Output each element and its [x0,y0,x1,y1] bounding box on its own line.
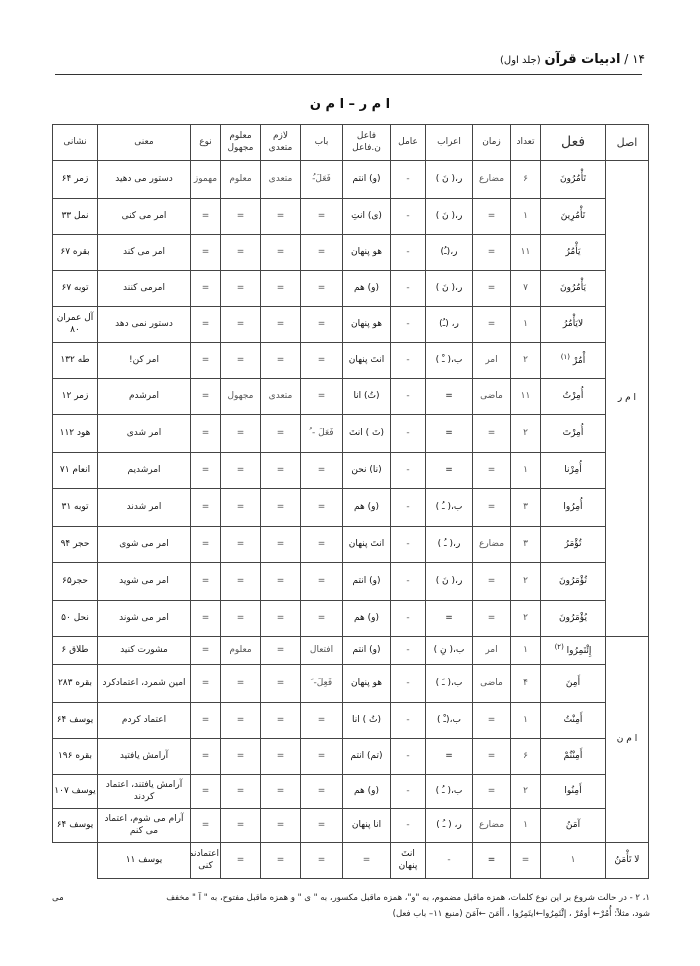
subject-cell: انتَ پنهان [391,843,426,879]
count-cell: ۲ [511,415,541,453]
col-tense: زمان [473,125,511,161]
irab-cell: = [426,415,473,453]
count-cell: ۱۱ [511,379,541,415]
type-cell: = [191,271,221,307]
transitivity-cell: = [261,601,301,637]
header-row: اصل فعل تعداد زمان اعراب عامل فاعل ن.فاع… [53,125,649,161]
col-type: نوع [191,125,221,161]
reference-cell: توبه ۶۷ [53,271,98,307]
tense-cell: = [473,271,511,307]
bab-cell: فَعِلَ- َ [301,665,343,703]
tense-cell: = [473,703,511,739]
table-row: لا تَأْمَنُ۱==-انتَ پنهان====اعتمادنمی ک… [53,843,649,879]
tense-cell: = [473,453,511,489]
table-row: أَمِنْتُ۱=ب،(ـْ )-(تُ ) انا====اعتماد کر… [53,703,649,739]
root-cell: ا م ر [606,161,649,637]
transitivity-cell: = [261,343,301,379]
section-title: ا م ر – ا م ن [0,97,700,112]
transitivity-cell: = [261,271,301,307]
meaning-cell: امر می شوید [98,563,191,601]
bab-cell: = [343,843,391,879]
meaning-cell: امر می کنی [98,199,191,235]
count-cell: ۱ [541,843,606,879]
meaning-cell: امر می شوند [98,601,191,637]
subject-cell: (و) هم [343,775,391,809]
meaning-cell: امرشدم [98,379,191,415]
irab-cell: ب،(ـْ ) [426,703,473,739]
amil-cell: - [391,271,426,307]
amil-cell: - [391,199,426,235]
verb-text: أَمِنْتُ [564,715,583,725]
bab-cell: = [301,703,343,739]
col-verb: فعل [541,125,606,161]
transitivity-cell: = [261,199,301,235]
footnote: ۱، ۲ - در حالت شروع بر این نوع کلمات، هم… [52,890,650,922]
tense-cell: = [473,563,511,601]
verb-text: أُمِرْتَ [563,428,584,438]
verb-text: أُمِرْتُ [563,391,584,401]
page-number: ۱۴ [632,52,645,66]
amil-cell: - [391,161,426,199]
meaning-cell: امرمی کنند [98,271,191,307]
voice-cell: = [261,843,301,879]
bab-cell: = [301,489,343,527]
type-cell: = [191,343,221,379]
tense-cell: = [473,415,511,453]
transitivity-cell: = [261,703,301,739]
col-voice: معلوم مجهول [221,125,261,161]
verb-text: أْمُرْ [573,356,585,366]
amil-cell: - [391,307,426,343]
verb-cell: أُمِرْنا [541,453,606,489]
footnote-marker: (۲) [555,643,564,651]
count-cell: ۱ [511,453,541,489]
amil-cell: - [426,843,473,879]
amil-cell: - [391,489,426,527]
transitivity-cell: متعدی [261,379,301,415]
irab-cell: ب،( ـُ ) [426,489,473,527]
transitivity-cell: = [261,775,301,809]
tense-cell: ماضی [473,379,511,415]
verb-cell: تُؤْمَرُونَ [541,563,606,601]
irab-cell: ر،( نَ ) [426,199,473,235]
table-row: يُؤْمَرُونَ۲==-(و) هم====امر می شوندنحل … [53,601,649,637]
meaning-cell: امر می شوی [98,527,191,563]
meaning-cell: آرامش یافتند، اعتماد کردند [98,775,191,809]
meaning-cell: مشورت کنید [98,637,191,665]
reference-cell: یوسف ۶۴ [53,703,98,739]
type-cell: = [191,563,221,601]
irab-cell: ر،(ـُ) [426,235,473,271]
subject-cell: (و) انتم [343,637,391,665]
transitivity-cell: = [261,739,301,775]
verb-cell: أْمُرْ (۱) [541,343,606,379]
col-amil: عامل [391,125,426,161]
table-row: يَأْمُرُونَ۷=ر،( نَ )-(و) هم====امرمی کن… [53,271,649,307]
type-cell: = [191,665,221,703]
count-cell: ۷ [511,271,541,307]
bab-cell: = [301,235,343,271]
verb-cell: أُمِرْتُ [541,379,606,415]
subject-cell: انا پنهان [343,809,391,843]
subject-cell: انتَ پنهان [343,527,391,563]
amil-cell: - [391,415,426,453]
verb-cell: تُؤْمَرُ [541,527,606,563]
reference-cell: طه ۱۳۲ [53,343,98,379]
type-cell: = [191,489,221,527]
count-cell: ۱ [511,703,541,739]
verb-cell: تَأْمُرُونَ [541,161,606,199]
count-cell: ۱ [511,199,541,235]
irab-cell: ب،( ـُ ) [426,775,473,809]
subject-cell: هو پنهان [343,235,391,271]
type-cell: = [191,637,221,665]
type-cell: = [191,415,221,453]
transitivity-cell: متعدی [261,161,301,199]
irab-cell: ر،( ـُ ) [426,527,473,563]
verb-text: أُمِرْنا [564,465,582,475]
amil-cell: - [391,739,426,775]
tense-cell: = [473,601,511,637]
type-cell: مهموز [191,161,221,199]
transitivity-cell: = [261,453,301,489]
table-row: آمَنُ۱مضارعر، ( ـُ )-انا پنهان====آرام م… [53,809,649,843]
table-row: أَمِنُوا۲=ب،( ـُ )-(و) هم====آرامش یافتن… [53,775,649,809]
meaning-cell: آرامش یافتید [98,739,191,775]
amil-cell: - [391,343,426,379]
transitivity-cell: = [261,563,301,601]
table-row: أُمِرْنا۱==-(نا) نحن====امرشدیمانعام ۷۱ [53,453,649,489]
footnote-line-2: شود، مثلاً: أُمُرْ← أومُرْ ، إئْتَمِرُوا… [52,906,650,922]
bab-cell: افتعال [301,637,343,665]
reference-cell: توبه ۳۱ [53,489,98,527]
irab-cell: ر،( نَ ) [426,161,473,199]
count-cell: ۶ [511,739,541,775]
meaning-cell: امر کن! [98,343,191,379]
table-row: أَمِنَ۴ماضیب،( ـَ )-هو پنهانفَعِلَ- َ===… [53,665,649,703]
irab-cell: = [426,601,473,637]
subject-cell: (و) هم [343,271,391,307]
voice-cell: = [221,703,261,739]
reference-cell: زمر ۱۲ [53,379,98,415]
amil-cell: - [391,637,426,665]
footnote-marker: (۱) [561,353,570,361]
verb-cell: أُمِرُوا [541,489,606,527]
reference-cell: هود ۱۱۲ [53,415,98,453]
subject-cell: هو پنهان [343,307,391,343]
subject-cell: (و) انتم [343,563,391,601]
verb-text: يُؤْمَرُونَ [559,613,587,623]
voice-cell: = [221,343,261,379]
verb-text: تَأْمُرِينَ [561,211,585,221]
table-row: أْمُرْ (۱)۲امرب،( ـْ )-انتَ پنهان====امر… [53,343,649,379]
voice-cell: = [221,235,261,271]
col-irab: اعراب [426,125,473,161]
voice-cell: = [221,775,261,809]
transitivity-cell: = [261,415,301,453]
voice-cell: معلوم [221,637,261,665]
transitivity-cell: = [261,809,301,843]
voice-cell: = [221,199,261,235]
reference-cell: حجر۶۵ [53,563,98,601]
bab-cell: فَعَلَ - ُ [301,415,343,453]
irab-cell: ب،( ـَ ) [426,665,473,703]
bab-cell: = [301,307,343,343]
table-row: تَأْمُرِينَ۱=ر،( نَ )-(ی) انتِ====امر می… [53,199,649,235]
meaning-cell: امین شمرد، اعتمادکرد [98,665,191,703]
table-row: أَمِنْتُمْ۶==-(تم) انتم====آرامش یافتیدب… [53,739,649,775]
verb-text: أُمِرُوا [563,502,582,512]
type-cell: = [191,703,221,739]
subject-cell: (و) هم [343,489,391,527]
verb-cell: إِئْتَمِرُوا (۲) [541,637,606,665]
voice-cell: = [221,665,261,703]
col-count: تعداد [511,125,541,161]
bab-cell: = [301,775,343,809]
subject-cell: (تُ) انا [343,379,391,415]
meaning-cell: دستور می دهید [98,161,191,199]
bab-cell: = [301,453,343,489]
subject-cell: (ی) انتِ [343,199,391,235]
verb-cell: يَأْمُرُ [541,235,606,271]
voice-cell: = [221,415,261,453]
subject-cell: (تُ ) انا [343,703,391,739]
header-rule [55,74,642,75]
reference-cell: یوسف ۱۱ [98,843,191,879]
transitivity-cell: = [261,489,301,527]
amil-cell: - [391,453,426,489]
subject-cell: (نا) نحن [343,453,391,489]
verb-text: إِئْتَمِرُوا [567,646,592,656]
type-cell: = [191,199,221,235]
bab-cell: = [301,379,343,415]
reference-cell: یوسف ۶۴ [53,809,98,843]
meaning-cell: آرام می شوم، اعتماد می کنم [98,809,191,843]
count-cell: ۱ [511,307,541,343]
tense-cell: = [473,489,511,527]
reference-cell: حجر ۹۴ [53,527,98,563]
transitivity-cell: = [261,235,301,271]
meaning-cell: اعتمادنمی کنی [191,843,221,879]
type-cell: = [191,809,221,843]
tense-cell: مضارع [473,809,511,843]
reference-cell: بقره ۶۷ [53,235,98,271]
voice-cell: = [221,601,261,637]
verb-cell: أَمِنَ [541,665,606,703]
reference-cell: بقره ۱۹۶ [53,739,98,775]
amil-cell: - [391,379,426,415]
table-row: ا م رتَأْمُرُونَ۶مضارعر،( نَ )-(و) انتمف… [53,161,649,199]
reference-cell: آل عمران ۸۰ [53,307,98,343]
subject-cell: (تَ ) انتَ [343,415,391,453]
amil-cell: - [391,563,426,601]
verb-text: أَمِنَ [566,678,580,688]
verb-text: أَمِنْتُمْ [564,751,583,761]
reference-cell: زمر ۶۴ [53,161,98,199]
table-row: ا م نإِئْتَمِرُوا (۲)۱امرب،( نِ )-(و) ان… [53,637,649,665]
col-bab: باب [301,125,343,161]
verb-cell: يَأْمُرُونَ [541,271,606,307]
table-row: يَأْمُرُ۱۱=ر،(ـُ)-هو پنهان====امر می کند… [53,235,649,271]
footnote-line-1-tail: می [52,890,64,906]
tense-cell: = [473,307,511,343]
irab-cell: ر،( نَ ) [426,563,473,601]
subject-cell: انتَ پنهان [343,343,391,379]
type-cell: = [191,235,221,271]
voice-cell: معلوم [221,161,261,199]
bab-cell: = [301,739,343,775]
amil-cell: - [391,703,426,739]
irab-cell: ب،( نِ ) [426,637,473,665]
amil-cell: - [391,235,426,271]
page-header: ۱۴ / ادبیات قرآن (جلد اول) [0,48,700,78]
volume-label: (جلد اول) [500,55,541,66]
verb-text: لايَأْمُرُ [563,319,583,329]
transitivity-cell: = [261,637,301,665]
voice-cell: = [221,527,261,563]
amil-cell: - [391,601,426,637]
table-row: أُمِرُوا۳=ب،( ـُ )-(و) هم====امر شدندتوب… [53,489,649,527]
irab-cell: ب،( ـْ ) [426,343,473,379]
table-row: أُمِرْتَ۲==-(تَ ) انتَفَعَلَ - ُ===امر ش… [53,415,649,453]
amil-cell: - [391,775,426,809]
irab-cell: = [426,739,473,775]
footnote-line-1-text: ۱، ۲ - در حالت شروع بر این نوع کلمات، هم… [166,893,650,903]
verb-cell: تَأْمُرِينَ [541,199,606,235]
tense-cell: = [473,739,511,775]
verb-text: تُؤْمَرُونَ [559,576,587,586]
voice-cell: = [221,453,261,489]
type-cell: = [191,453,221,489]
count-cell: ۲ [511,343,541,379]
bab-cell: = [301,199,343,235]
verb-text: يَأْمُرُونَ [560,283,586,293]
count-cell: ۴ [511,665,541,703]
bab-cell: = [301,343,343,379]
tense-cell: مضارع [473,161,511,199]
irab-cell: = [426,379,473,415]
meaning-cell: امر شدی [98,415,191,453]
verb-cell: لا تَأْمَنُ [606,843,649,879]
count-cell: ۲ [511,601,541,637]
count-cell: ۲ [511,563,541,601]
verb-text: آمَنُ [566,820,580,830]
irab-cell: ر، ( ـُ ) [426,809,473,843]
footnote-line-1: ۱، ۲ - در حالت شروع بر این نوع کلمات، هم… [52,890,650,906]
voice-cell: = [221,307,261,343]
verb-cell: لايَأْمُرُ [541,307,606,343]
tense-cell: = [473,199,511,235]
voice-cell: = [221,809,261,843]
subject-cell: (و) انتم [343,161,391,199]
voice-cell: = [221,271,261,307]
type-cell: = [191,601,221,637]
transitivity-cell: = [301,843,343,879]
root-cell: ا م ن [606,637,649,843]
amil-cell: - [391,809,426,843]
bab-cell: = [301,271,343,307]
subject-cell: (تم) انتم [343,739,391,775]
type-cell: = [191,307,221,343]
voice-cell: مجهول [221,379,261,415]
irab-cell: = [473,843,511,879]
count-cell: ۳ [511,527,541,563]
table-row: أُمِرْتُ۱۱ماضی=-(تُ) انا=متعدیمجهول=امرش… [53,379,649,415]
col-subject: فاعل ن.فاعل [343,125,391,161]
meaning-cell: دستور نمی دهد [98,307,191,343]
meaning-cell: امرشدیم [98,453,191,489]
col-reference: نشانی [53,125,98,161]
amil-cell: - [391,665,426,703]
count-cell: ۱ [511,809,541,843]
voice-cell: = [221,489,261,527]
count-cell: ۳ [511,489,541,527]
verb-table: اصل فعل تعداد زمان اعراب عامل فاعل ن.فاع… [52,124,649,879]
reference-cell: طلاق ۶ [53,637,98,665]
bab-cell: = [301,601,343,637]
verb-cell: أَمِنْتُمْ [541,739,606,775]
tense-cell: = [473,775,511,809]
count-cell: ۲ [511,775,541,809]
verb-cell: أُمِرْتَ [541,415,606,453]
count-cell: ۱۱ [511,235,541,271]
tense-cell: = [473,235,511,271]
transitivity-cell: = [261,307,301,343]
bab-cell: فَعَلَ-ُ [301,161,343,199]
verb-cell: أَمِنُوا [541,775,606,809]
verb-text: لا تَأْمَنُ [615,855,640,865]
subject-cell: (و) هم [343,601,391,637]
type-cell: = [191,527,221,563]
table-row: تُؤْمَرُ۳مضارعر،( ـُ )-انتَ پنهان====امر… [53,527,649,563]
tense-cell: امر [473,637,511,665]
meaning-cell: امر می کند [98,235,191,271]
tense-cell: ماضی [473,665,511,703]
irab-cell: ر، (ـُ) [426,307,473,343]
type-cell: = [191,739,221,775]
transitivity-cell: = [261,665,301,703]
type-cell: = [191,379,221,415]
verb-cell: آمَنُ [541,809,606,843]
col-transitivity: لازم متعدی [261,125,301,161]
reference-cell: یوسف ۱۰۷ [53,775,98,809]
col-root: اصل [606,125,649,161]
running-head: ۱۴ / ادبیات قرآن (جلد اول) [500,52,645,67]
type-cell: = [191,775,221,809]
bab-cell: = [301,527,343,563]
verb-cell: أَمِنْتُ [541,703,606,739]
transitivity-cell: = [261,527,301,563]
col-meaning: معنی [98,125,191,161]
count-cell: ۱ [511,637,541,665]
table-row: تُؤْمَرُونَ۲=ر،( نَ )-(و) انتم====امر می… [53,563,649,601]
table-row: لايَأْمُرُ۱=ر، (ـُ)-هو پنهان====دستور نم… [53,307,649,343]
bab-cell: = [301,563,343,601]
bab-cell: = [301,809,343,843]
voice-cell: = [221,563,261,601]
type-cell: = [221,843,261,879]
reference-cell: نحل ۵۰ [53,601,98,637]
verb-text: تَأْمُرُونَ [560,174,586,184]
verb-text: تُؤْمَرُ [565,539,582,549]
count-cell: ۶ [511,161,541,199]
book-title: ادبیات قرآن [544,52,620,67]
verb-text: أَمِنُوا [564,786,581,796]
reference-cell: بقره ۲۸۳ [53,665,98,703]
reference-cell: نمل ۳۳ [53,199,98,235]
verb-text: يَأْمُرُ [565,247,580,257]
irab-cell: ر،( نَ ) [426,271,473,307]
